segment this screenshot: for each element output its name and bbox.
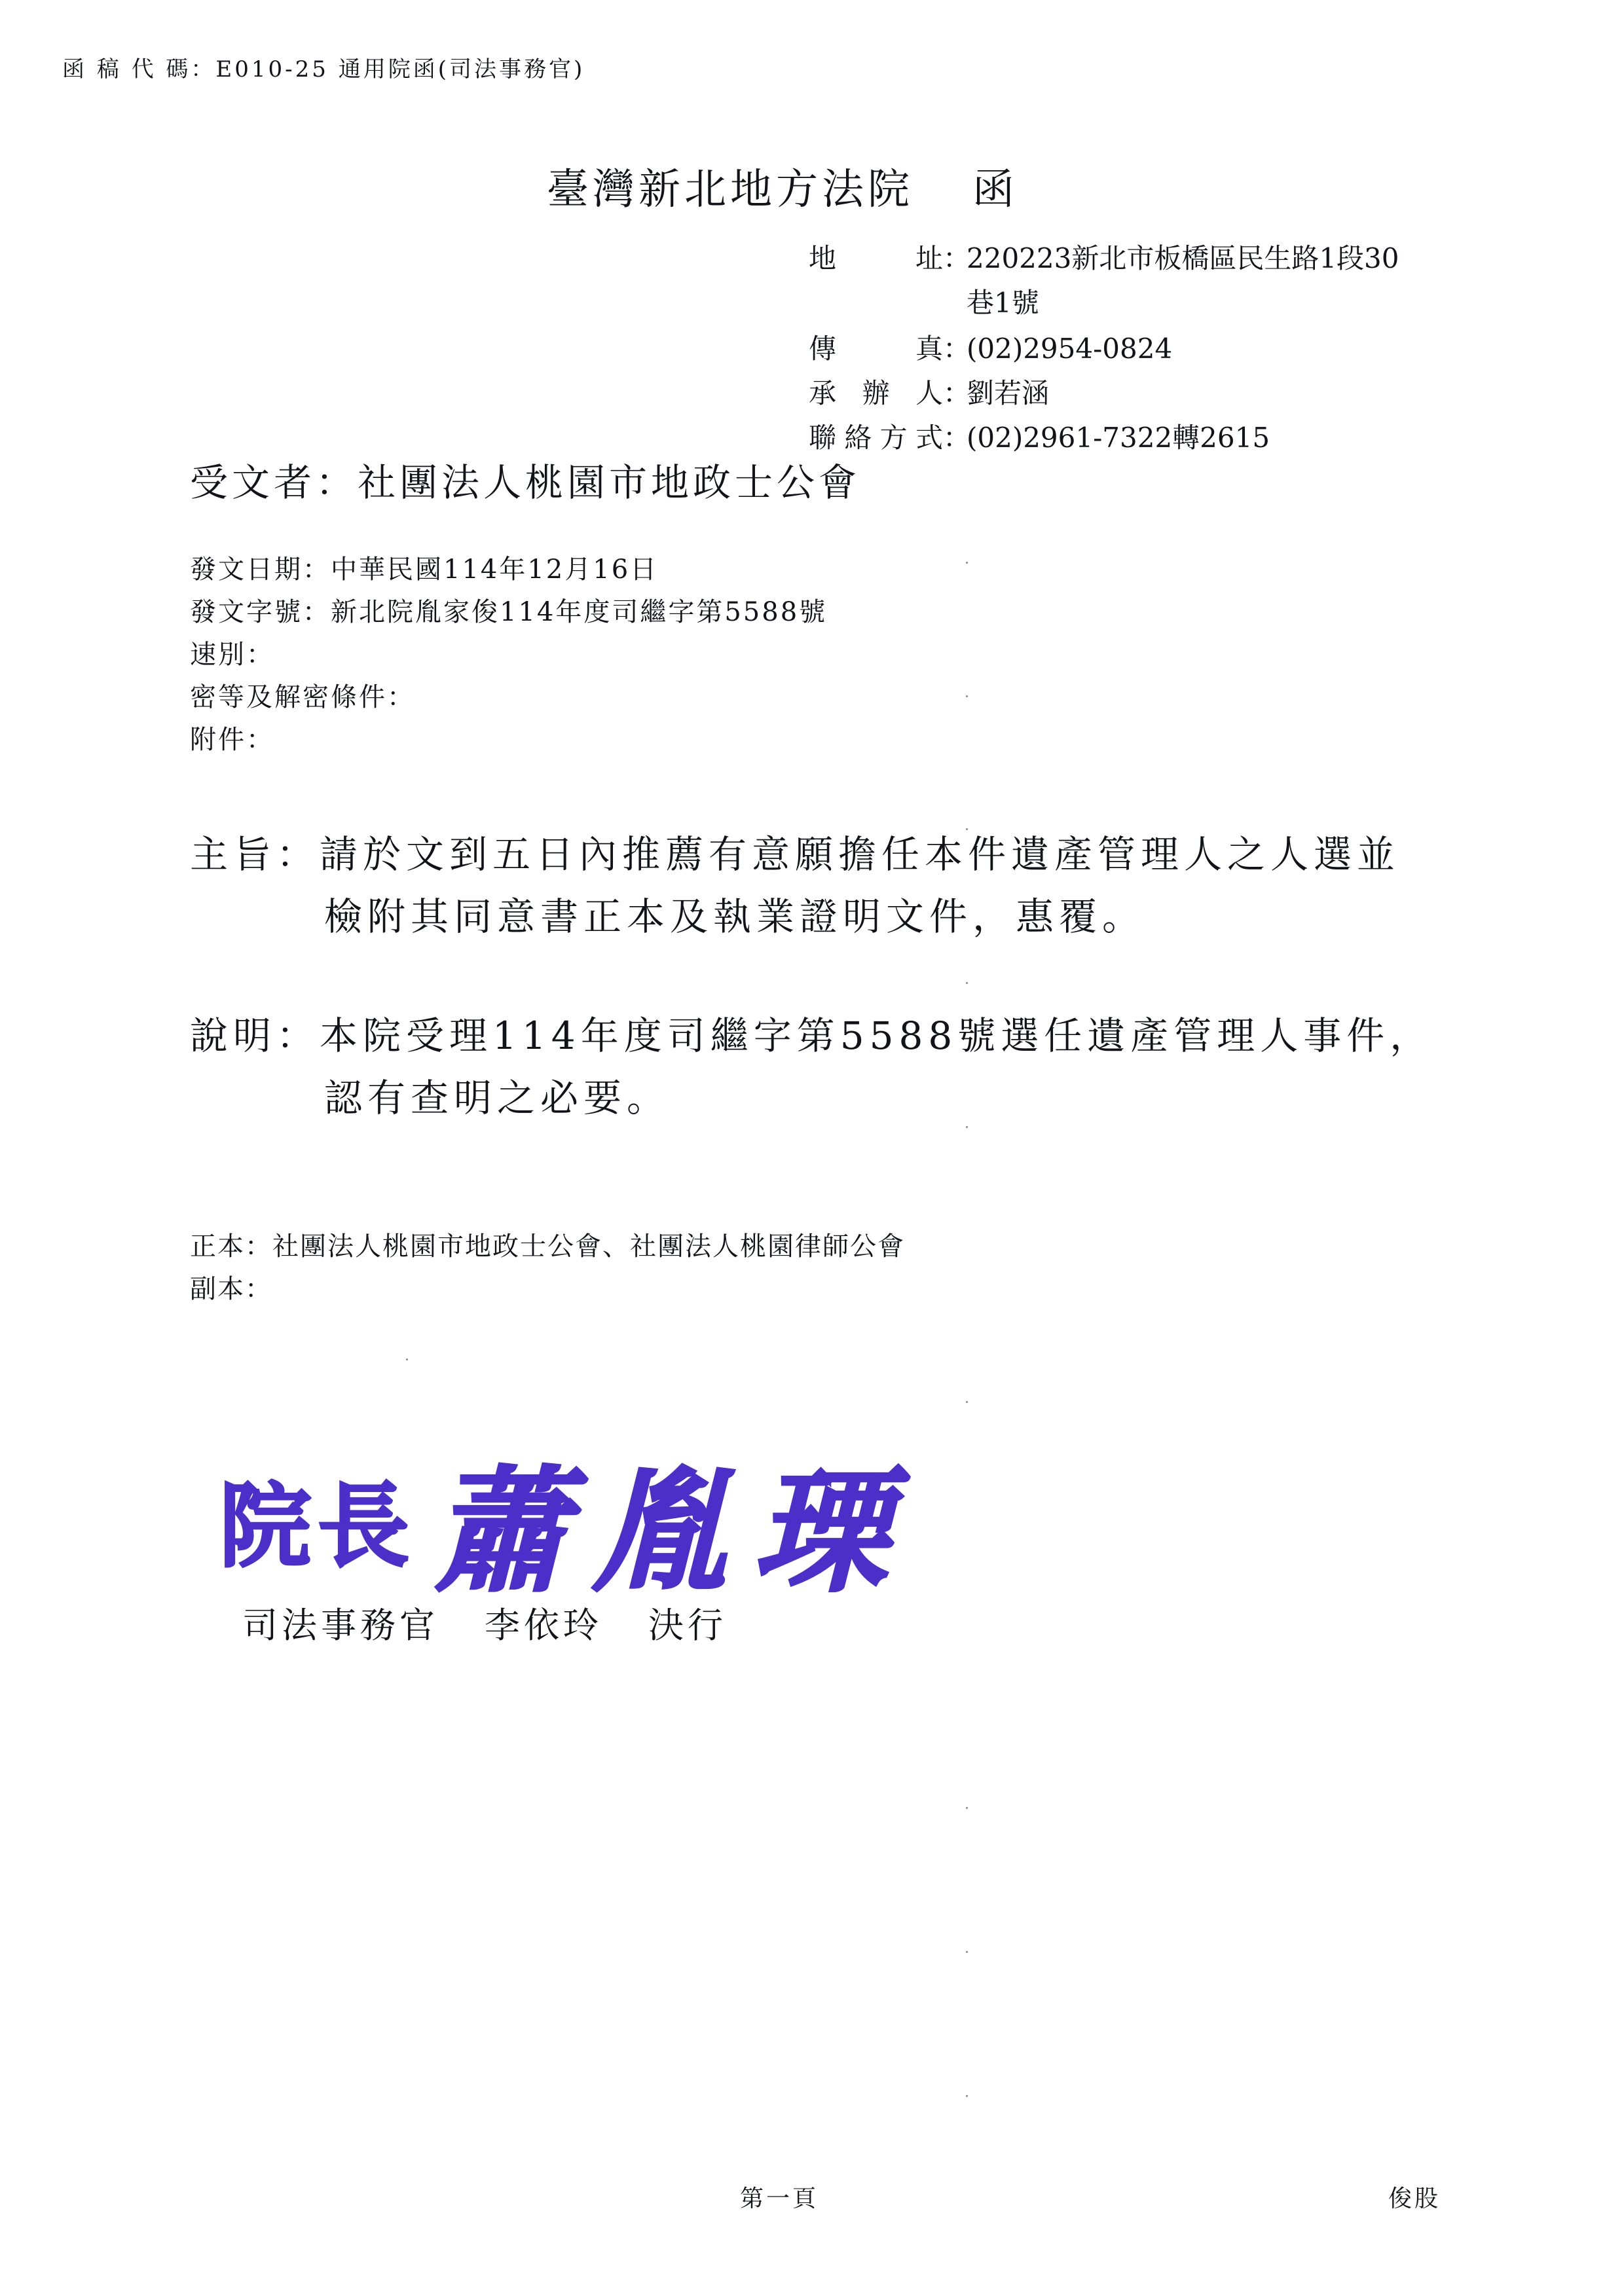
page-number: 第一頁 [740, 2180, 819, 2214]
handling-unit: 俊股 [1388, 2180, 1441, 2214]
scan-mark [966, 828, 968, 830]
contact-handler: 承 辦 人：劉若涵 [809, 372, 1049, 411]
signer-action: 決行 [648, 1605, 727, 1646]
scan-mark [966, 1807, 968, 1809]
stamp-name: 蕭胤瑮 [432, 1424, 913, 1617]
issue-date: 發文日期：中華民國114年12月16日 [190, 549, 658, 586]
contact-address: 地 址：220223新北市板橋區民生路1段30 [809, 237, 1399, 276]
secrecy-level: 密等及解密條件： [190, 676, 415, 714]
scan-mark [966, 1401, 968, 1403]
attachment: 附件： [190, 719, 274, 756]
subject-line-1: 主旨：請於文到五日內推薦有意願擔任本件遺產管理人之人選並 [190, 824, 1400, 879]
issue-number: 發文字號：新北院胤家俊114年度司繼字第5588號 [190, 591, 827, 629]
handler-label: 承 辦 人 [809, 372, 943, 411]
document-type: 函 [972, 166, 1018, 214]
address-value: 220223新北市板橋區民生路1段30 [967, 242, 1399, 274]
signer-line: 司法事務官李依玲決行 [242, 1597, 727, 1648]
scan-mark [966, 695, 968, 697]
address-value-cont: 巷1號 [967, 282, 1039, 321]
phone-value: (02)2961-7322轉2615 [967, 422, 1270, 454]
scan-mark [966, 2095, 968, 2097]
handler-value: 劉若涵 [967, 377, 1049, 409]
copy-recipients: 副本： [190, 1268, 272, 1305]
explanation-line-1: 說明：本院受理114年度司繼字第5588號選任遺產管理人事件， [190, 1005, 1433, 1060]
fax-label: 傳 真 [809, 327, 943, 367]
scan-mark [966, 1126, 968, 1128]
fax-value: (02)2954-0824 [967, 333, 1172, 365]
recipient: 受文者：社團法人桃園市地政士公會 [190, 452, 860, 507]
document-title: 臺灣新北地方法院函 [547, 156, 1018, 216]
scan-mark [966, 1951, 968, 1953]
form-code: 函 稿 代 碼：E010-25 通用院函(司法事務官) [62, 51, 585, 83]
original-recipients: 正本：社團法人桃園市地政士公會、社團法人桃園律師公會 [190, 1226, 905, 1263]
court-name: 臺灣新北地方法院 [547, 166, 913, 214]
signer-name: 李依玲 [485, 1605, 602, 1646]
scan-mark [966, 562, 968, 564]
speed-class: 速別： [190, 634, 274, 671]
phone-label: 聯絡方式 [809, 416, 943, 456]
signer-role: 司法事務官 [242, 1605, 439, 1646]
contact-phone: 聯絡方式：(02)2961-7322轉2615 [809, 416, 1270, 456]
contact-fax: 傳 真：(02)2954-0824 [809, 327, 1172, 367]
stamp-title: 院長 [219, 1453, 416, 1585]
president-seal-stamp: 院長 蕭胤瑮 [210, 1417, 943, 1594]
explanation-line-2: 認有查明之必要。 [324, 1067, 670, 1122]
address-label: 地 址 [809, 237, 943, 276]
scan-mark [966, 982, 968, 984]
subject-line-2: 檢附其同意書正本及執業證明文件，惠覆。 [324, 886, 1145, 941]
scan-mark [406, 1358, 408, 1360]
